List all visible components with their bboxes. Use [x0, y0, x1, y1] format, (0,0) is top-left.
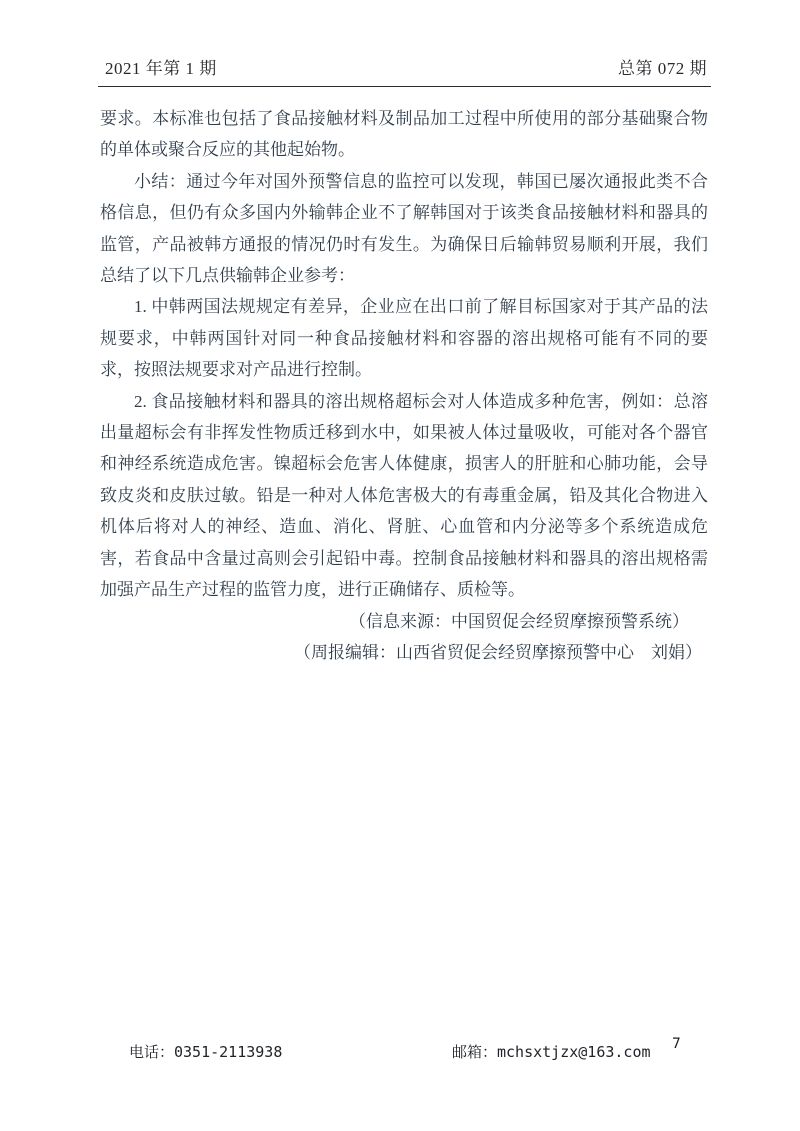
editor-attribution: （周报编辑：山西省贸促会经贸摩擦预警中心 刘娟） — [100, 637, 708, 668]
document-page: 2021 年第 1 期 总第 072 期 要求。本标准也包括了食品接触材料及制品… — [0, 0, 800, 1131]
page-header: 2021 年第 1 期 总第 072 期 — [98, 54, 711, 87]
paragraph-summary: 小结：通过今年对国外预警信息的监控可以发现，韩国已屡次通报此类不合格信息，但仍有… — [100, 166, 708, 292]
issue-number: 2021 年第 1 期 — [105, 54, 217, 79]
paragraph-point-1: 1. 中韩两国法规规定有差异，企业应在出口前了解目标国家对于其产品的法规要求，中… — [100, 291, 708, 385]
paragraph-point-2: 2. 食品接触材料和器具的溶出规格超标会对人体造成多种危害，例如：总溶出量超标会… — [100, 386, 708, 606]
footer-phone: 电话：0351-2113938 — [129, 1041, 282, 1062]
footer-email: 邮箱：mchsxtjzx@163.com — [452, 1041, 651, 1062]
source-attribution: （信息来源：中国贸促会经贸摩擦预警系统） — [100, 606, 708, 637]
page-footer: 电话：0351-2113938 邮箱：mchsxtjzx@163.com 7 — [0, 1041, 800, 1071]
paragraph-standard-scope: 要求。本标准也包括了食品接触材料及制品加工过程中所使用的部分基础聚合物的单体或聚… — [100, 103, 708, 166]
page-number: 7 — [672, 1036, 681, 1052]
cumulative-issue-number: 总第 072 期 — [618, 54, 707, 79]
document-body: 要求。本标准也包括了食品接触材料及制品加工过程中所使用的部分基础聚合物的单体或聚… — [100, 103, 708, 668]
